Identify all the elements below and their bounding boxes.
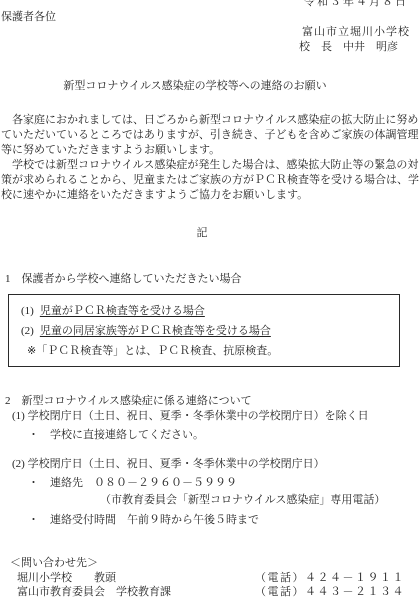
section2-sub2-heading: (2) 学校閉庁日（土日、祝日、夏季・冬季休業中の学校閉庁日） — [12, 457, 420, 472]
boxed-item-2-text: 児童の同居家族等がＰＣＲ検査等を受ける場合 — [40, 325, 271, 337]
boxed-item-2: (2)児童の同居家族等がＰＣＲ検査等を受ける場合 — [21, 321, 389, 341]
boxed-item-1: (1)児童がＰＣＲ検査等を受ける場合 — [21, 301, 389, 321]
boxed-item-2-marker: (2) — [21, 325, 34, 337]
contact-phone-line: ・ 連絡先 ０８０－２９６０－５９９９ — [28, 476, 420, 491]
ki-marker: 記 — [0, 226, 420, 241]
sender-principal: 校 長 中井 明彦 — [0, 40, 420, 55]
document-title: 新型コロナウイルス感染症の学校等への連絡のお願い — [0, 79, 420, 94]
inquiry-row: 堀川小学校 教頭 （電話）４２４－１９１１ — [17, 571, 420, 585]
section1-box: (1)児童がＰＣＲ検査等を受ける場合 (2)児童の同居家族等がＰＣＲ検査等を受け… — [8, 294, 400, 367]
boxed-item-1-text: 児童がＰＣＲ検査等を受ける場合 — [40, 305, 205, 317]
inquiries-heading: ＜問い合わせ先＞ — [10, 556, 420, 571]
contact-hours-line: ・ 連絡受付時間 午前９時から午後５時まで — [28, 513, 420, 528]
inquiry-row-1-name: 堀川小学校 教頭 — [17, 571, 255, 585]
body-paragraph-2: 学校では新型コロナウイルス感染症が発生した場合は、感染拡大防止等の緊急の対 策が… — [0, 158, 420, 203]
section2-sub1-heading: (1) 学校閉庁日（土日、祝日、夏季・冬季休業中の学校閉庁日）を除く日 — [12, 409, 420, 424]
section2-sub1-bullet: ・ 学校に直接連絡してください。 — [28, 428, 420, 443]
document-date: 令和３年４月８日 — [0, 0, 420, 10]
body-paragraph-1: 各家庭におかれましては、日ごろから新型コロナウイルス感染症の拡大防止に努め てい… — [0, 113, 420, 158]
section1-heading: 1 保護者から学校へ連絡していただきたい場合 — [5, 272, 420, 287]
sender-school: 富山市立堀川小学校 — [0, 25, 420, 40]
section2-heading: 2 新型コロナウイルス感染症に係る連絡について — [5, 394, 420, 409]
box-note: ※「ＰＣＲ検査等」とは、ＰＣＲ検査、抗原検査。 — [21, 341, 389, 361]
document-page: 令和３年４月８日 保護者各位 富山市立堀川小学校 校 長 中井 明彦 新型コロナ… — [0, 0, 420, 610]
recipient-line: 保護者各位 — [0, 10, 420, 25]
contact-phone-note: （市教育委員会「新型コロナウイルス感染症」専用電話） — [100, 493, 420, 508]
inquiry-row-2-phone: （電話）４４３－２１３４ — [255, 585, 405, 599]
inquiry-row: 富山市教育委員会 学校教育課 （電話）４４３－２１３４ — [17, 585, 420, 599]
inquiry-row-1-phone: （電話）４２４－１９１１ — [255, 571, 405, 585]
boxed-item-1-marker: (1) — [21, 305, 34, 317]
inquiry-row-2-name: 富山市教育委員会 学校教育課 — [17, 585, 255, 599]
